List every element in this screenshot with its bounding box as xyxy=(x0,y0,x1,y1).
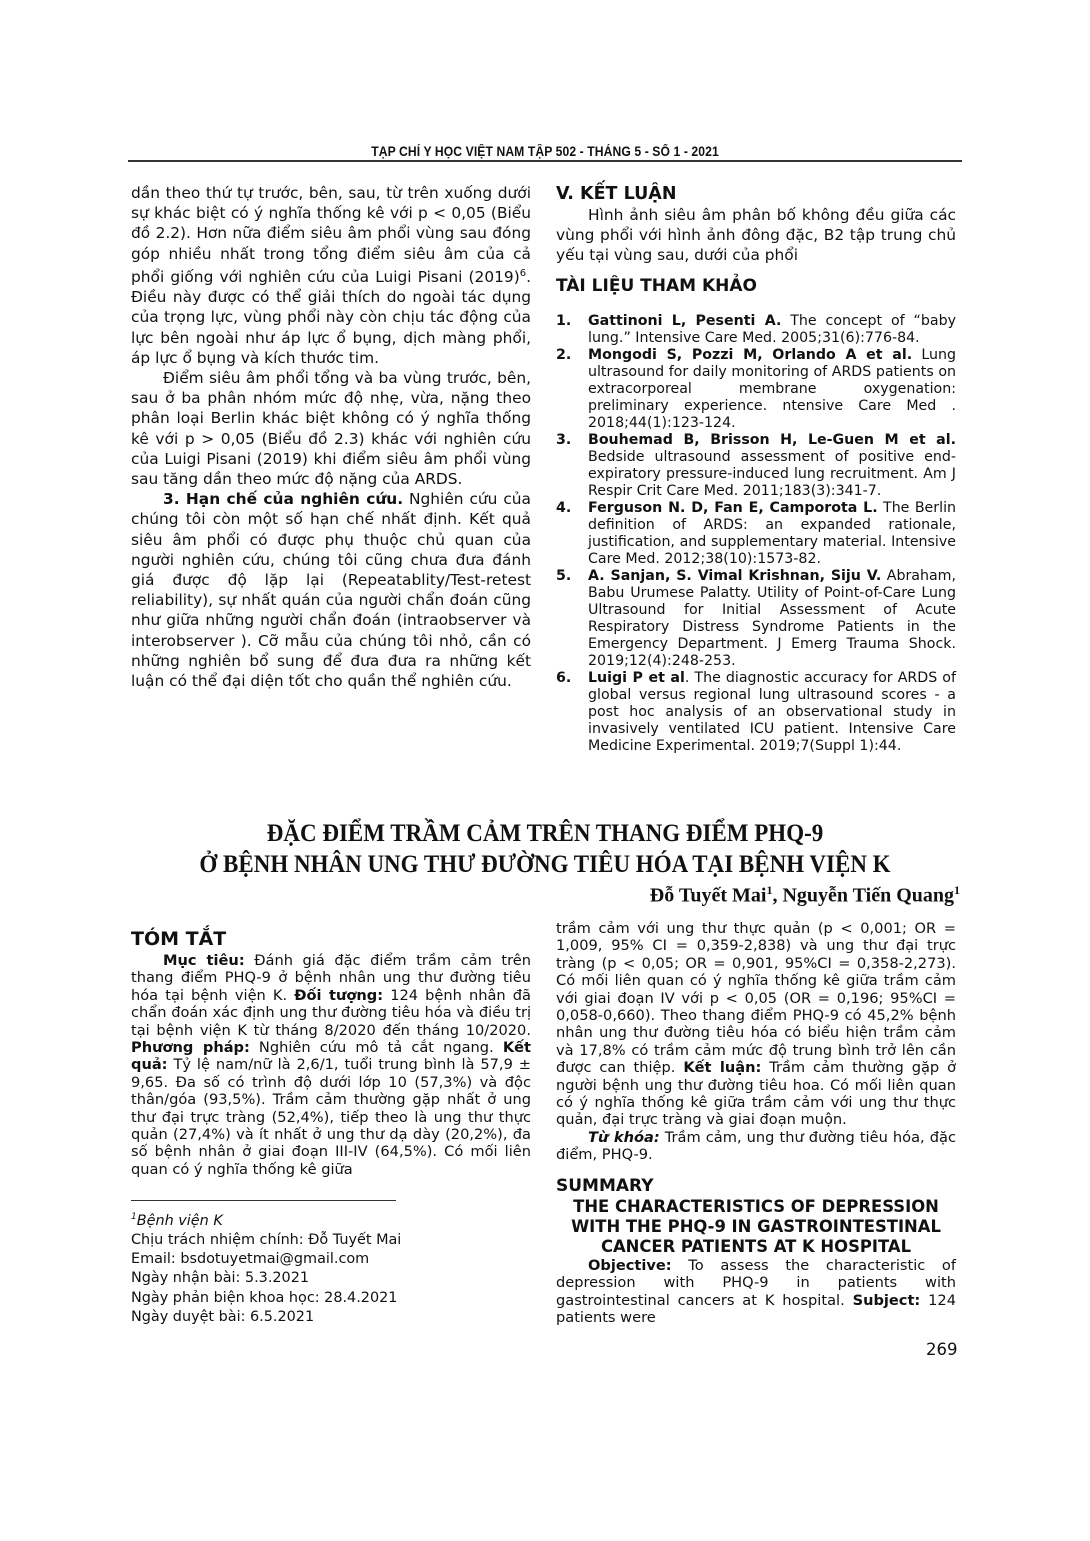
abstract-keywords: Từ khóa: Trầm cảm, ung thư đường tiêu hó… xyxy=(556,1129,956,1164)
conclusion-text: Hình ảnh siêu âm phân bố không đều giữa … xyxy=(556,205,956,266)
summary-heading: SUMMARY xyxy=(556,1176,956,1197)
references-heading: TÀI LIỆU THAM KHẢO xyxy=(556,276,956,296)
footnote-email: Email: bsdotuyetmai@gmail.com xyxy=(131,1250,401,1269)
footnotes: 1Bệnh viện K Chịu trách nhiệm chính: Đỗ … xyxy=(131,1208,401,1327)
reference-item: 1.Gattinoni L, Pesenti A. The concept of… xyxy=(556,313,956,347)
footnote-accepted: Ngày duyệt bài: 6.5.2021 xyxy=(131,1308,401,1327)
header-rule xyxy=(128,160,962,162)
footnote-affiliation: 1Bệnh viện K xyxy=(131,1208,401,1231)
reference-item: 6.Luigi P et al. The diagnostic accuracy… xyxy=(556,670,956,755)
footnote-received: Ngày nhận bài: 5.3.2021 xyxy=(131,1269,401,1288)
abstract-heading: TÓM TẮT xyxy=(131,927,531,951)
footnote-reviewed: Ngày phản biện khoa học: 28.4.2021 xyxy=(131,1289,401,1308)
footnote-corresponding: Chịu trách nhiệm chính: Đỗ Tuyết Mai xyxy=(131,1231,401,1250)
summary-text: Objective: To assess the characteristic … xyxy=(556,1257,956,1327)
page-number: 269 xyxy=(926,1340,958,1359)
body-paragraph: Điểm siêu âm phổi tổng và ba vùng trước,… xyxy=(131,368,531,489)
abstract-right-column: trầm cảm với ung thư thực quản (p < 0,00… xyxy=(556,920,956,1326)
reference-list: 1.Gattinoni L, Pesenti A. The concept of… xyxy=(556,313,956,755)
abstract-text-continued: trầm cảm với ung thư thực quản (p < 0,00… xyxy=(556,920,956,1129)
abstract-left-column: TÓM TẮT Mục tiêu: Đánh giá đặc điểm trầm… xyxy=(131,927,531,1178)
footnote-rule xyxy=(131,1200,396,1201)
body-paragraph: 3. Hạn chế của nghiên cứu. Nghiên cứu củ… xyxy=(131,489,531,691)
abstract-text: Mục tiêu: Đánh giá đặc điểm trầm cảm trê… xyxy=(131,952,531,1178)
body-paragraph: dần theo thứ tự trước, bên, sau, từ trên… xyxy=(131,183,531,368)
subsection-heading: 3. Hạn chế của nghiên cứu. xyxy=(163,490,403,508)
summary-title: THE CHARACTERISTICS OF DEPRESSION WITH T… xyxy=(556,1197,956,1257)
reference-item: 4.Ferguson N. D, Fan E, Camporota L. The… xyxy=(556,500,956,568)
prev-article-right-column: V. KẾT LUẬN Hình ảnh siêu âm phân bố khô… xyxy=(556,183,956,755)
article-title: ĐẶC ĐIỂM TRẦM CẢM TRÊN THANG ĐIỂM PHQ-9 … xyxy=(161,818,928,880)
reference-item: 5.A. Sanjan, S. Vimal Krishnan, Siju V. … xyxy=(556,568,956,670)
article-authors: Đỗ Tuyết Mai1, Nguyễn Tiến Quang1 xyxy=(650,883,960,908)
reference-item: 3.Bouhemad B, Brisson H, Le-Guen M et al… xyxy=(556,432,956,500)
running-header: TẠP CHÍ Y HỌC VIỆT NAM TẬP 502 - THÁNG 5… xyxy=(170,144,921,159)
reference-item: 2.Mongodi S, Pozzi M, Orlando A et al. L… xyxy=(556,347,956,432)
prev-article-left-column: dần theo thứ tự trước, bên, sau, từ trên… xyxy=(131,183,531,691)
section-heading-conclusion: V. KẾT LUẬN xyxy=(556,183,956,205)
